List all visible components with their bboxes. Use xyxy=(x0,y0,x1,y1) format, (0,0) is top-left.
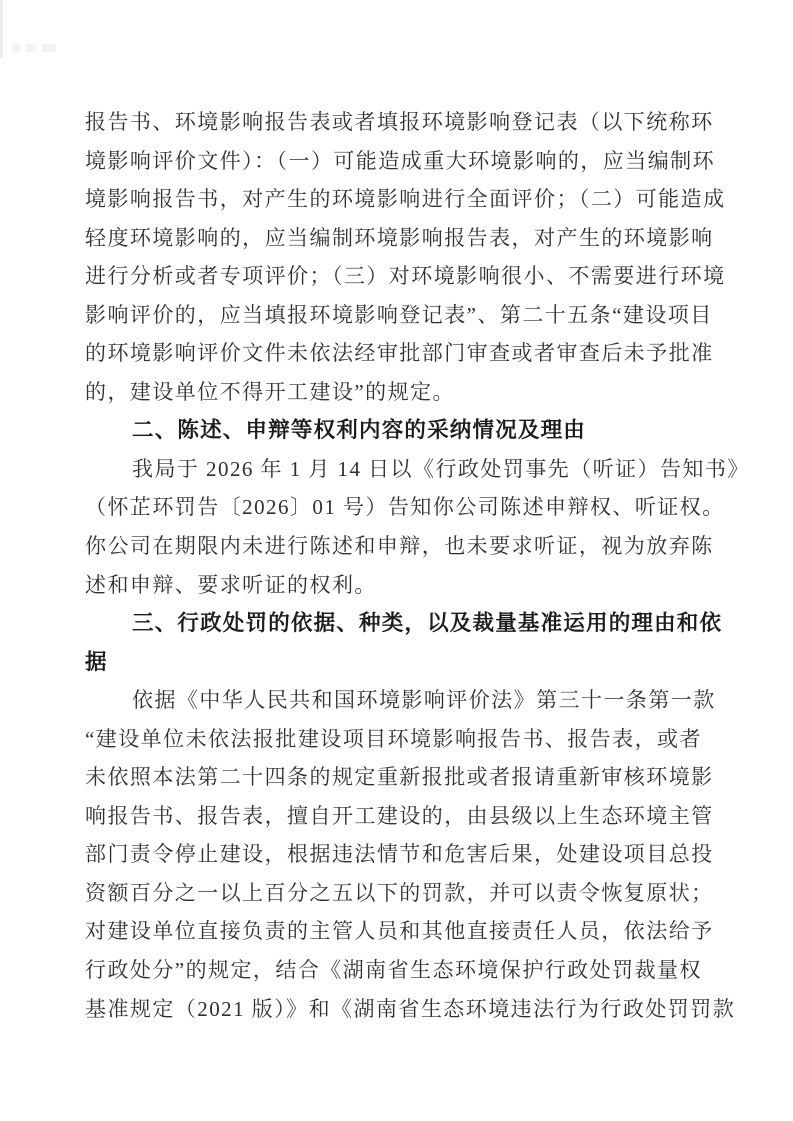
text-line: 境影响报告书，对产生的环境影响进行全面评价；（二）可能造成 xyxy=(85,180,715,219)
text-line: 基准规定（2021 版）》和《湖南省生态环境违法行为行政处罚罚款 xyxy=(85,990,715,1029)
text-line: 行政处分”的规定，结合《湖南省生态环境保护行政处罚裁量权 xyxy=(85,951,715,990)
text-line: “建设单位未依法报批建设项目环境影响报告书、报告表，或者 xyxy=(85,720,715,759)
text-line: 部门责令停止建设，根据违法情节和危害后果，处建设项目总投 xyxy=(85,835,715,874)
text-line: 对建设单位直接负责的主管人员和其他直接责任人员，依法给予 xyxy=(85,912,715,951)
heading-line: 二、陈述、申辩等权利内容的采纳情况及理由 xyxy=(85,411,715,450)
text-line: 依据《中华人民共和国环境影响评价法》第三十一条第一款 xyxy=(85,681,715,720)
text-line: 述和申辩、要求听证的权利。 xyxy=(85,566,715,605)
heading-line: 三、行政处罚的依据、种类，以及裁量基准运用的理由和依 xyxy=(85,604,715,643)
scan-artifact-left-edge xyxy=(0,0,3,58)
text-line: 的环境影响评价文件未依法经审批部门审查或者审查后未予批准 xyxy=(85,334,715,373)
text-line: 影响评价的，应当填报环境影响登记表”、第二十五条“建设项目 xyxy=(85,296,715,335)
text-line: 响报告书、报告表，擅自开工建设的，由县级以上生态环境主管 xyxy=(85,797,715,836)
text-line: 进行分析或者专项评价；（三）对环境影响很小、不需要进行环境 xyxy=(85,257,715,296)
text-line: 未依照本法第二十四条的规定重新报批或者报请重新审核环境影 xyxy=(85,758,715,797)
text-line: 你公司在期限内未进行陈述和申辩，也未要求听证，视为放弃陈 xyxy=(85,527,715,566)
text-line: 资额百分之一以上百分之五以下的罚款，并可以责令恢复原状； xyxy=(85,874,715,913)
heading-line: 据 xyxy=(85,643,715,682)
document-page: 报告书、环境影响报告表或者填报环境影响登记表（以下统称环境影响评价文件）：（一）… xyxy=(0,0,793,1121)
scan-artifact-smudge xyxy=(12,44,56,52)
document-text: 报告书、环境影响报告表或者填报环境影响登记表（以下统称环境影响评价文件）：（一）… xyxy=(85,103,715,1028)
text-line: 的，建设单位不得开工建设”的规定。 xyxy=(85,373,715,412)
text-line: （怀芷环罚告〔2026〕01 号）告知你公司陈述申辩权、听证权。 xyxy=(85,488,715,527)
text-line: 轻度环境影响的，应当编制环境影响报告表，对产生的环境影响 xyxy=(85,219,715,258)
text-line: 报告书、环境影响报告表或者填报环境影响登记表（以下统称环 xyxy=(85,103,715,142)
text-line: 境影响评价文件）：（一）可能造成重大环境影响的，应当编制环 xyxy=(85,142,715,181)
text-line: 我局于 2026 年 1 月 14 日以《行政处罚事先（听证）告知书》 xyxy=(85,450,715,489)
